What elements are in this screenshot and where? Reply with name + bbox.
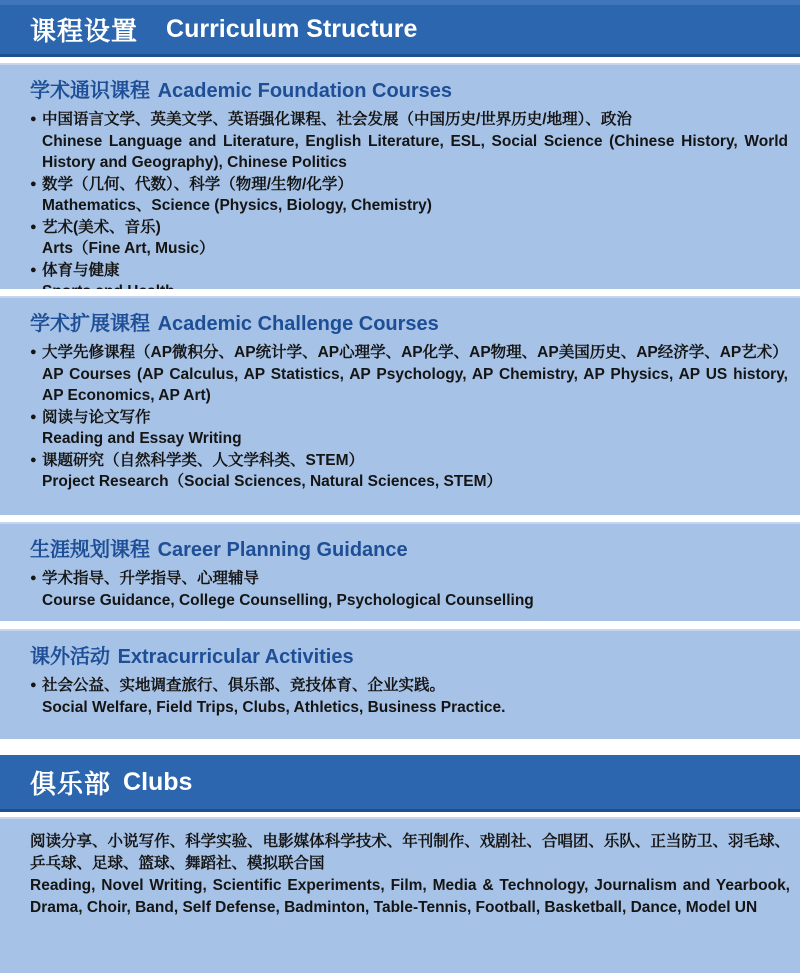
section-heading: 学术通识课程 Academic Foundation Courses — [30, 74, 788, 103]
course-item: ● 学术指导、升学指导、心理辅导 Course Guidance, Colleg… — [30, 568, 788, 611]
course-item: ● 阅读与论文写作 Reading and Essay Writing — [30, 407, 788, 450]
bullet-icon: ● — [30, 450, 37, 472]
course-item-zh-line: ● 体育与健康 — [30, 260, 788, 282]
section-career-planning: 生涯规划课程 Career Planning Guidance ● 学术指导、升… — [0, 522, 800, 621]
course-item-en: Chinese Language and Literature, English… — [30, 131, 788, 174]
course-item-zh: 课题研究（自然科学类、人文学科类、STEM） — [42, 452, 364, 469]
clubs-title-zh: 俱乐部 — [30, 764, 111, 801]
course-item-zh: 社会公益、实地调查旅行、俱乐部、竞技体育、企业实践。 — [42, 677, 445, 694]
course-item: ● 艺术(美术、音乐) Arts（Fine Art, Music） — [30, 217, 788, 260]
section-heading: 生涯规划课程 Career Planning Guidance — [30, 533, 788, 562]
clubs-title-en: Clubs — [123, 768, 192, 797]
clubs-list-en: Reading, Novel Writing, Scientific Exper… — [30, 875, 790, 919]
section-heading-en: Academic Challenge Courses — [158, 313, 439, 335]
bullet-icon: ● — [30, 260, 37, 282]
course-item-zh-line: ● 大学先修课程（AP微积分、AP统计学、AP心理学、AP化学、AP物理、AP美… — [30, 342, 788, 364]
curriculum-header-bar: 课程设置 Curriculum Structure — [0, 0, 800, 57]
course-item-en: Course Guidance, College Counselling, Ps… — [30, 590, 788, 612]
course-item-zh: 阅读与论文写作 — [42, 409, 151, 426]
course-item-en: Sports and Health — [30, 281, 788, 289]
course-item-en: Reading and Essay Writing — [30, 428, 788, 450]
header-title-zh: 课程设置 — [30, 11, 138, 48]
section-heading: 课外活动 Extracurricular Activities — [30, 640, 788, 669]
section-heading: 学术扩展课程 Academic Challenge Courses — [30, 307, 788, 336]
bullet-icon: ● — [30, 568, 37, 590]
course-item-zh: 中国语言文学、英美文学、英语强化课程、社会发展（中国历史/世界历史/地理）、政治 — [42, 111, 632, 128]
course-item-en: Arts（Fine Art, Music） — [30, 238, 788, 260]
bullet-icon: ● — [30, 174, 37, 196]
bullet-icon: ● — [30, 217, 37, 239]
clubs-header-bar: 俱乐部 Clubs — [0, 755, 800, 812]
section-extracurricular: 课外活动 Extracurricular Activities ● 社会公益、实… — [0, 629, 800, 739]
course-item: ● 中国语言文学、英美文学、英语强化课程、社会发展（中国历史/世界历史/地理）、… — [30, 109, 788, 174]
clubs-list-zh: 阅读分享、小说写作、科学实验、电影媒体科学技术、年刊制作、戏剧社、合唱团、乐队、… — [30, 831, 790, 875]
clubs-panel: 阅读分享、小说写作、科学实验、电影媒体科学技术、年刊制作、戏剧社、合唱团、乐队、… — [0, 817, 800, 973]
course-item-en: AP Courses (AP Calculus, AP Statistics, … — [30, 364, 788, 407]
section-academic-foundation: 学术通识课程 Academic Foundation Courses ● 中国语… — [0, 63, 800, 289]
course-item-zh-line: ● 学术指导、升学指导、心理辅导 — [30, 568, 788, 590]
section-heading-zh: 课外活动 — [30, 646, 110, 668]
course-item-en: Project Research（Social Sciences, Natura… — [30, 471, 788, 493]
course-item: ● 大学先修课程（AP微积分、AP统计学、AP心理学、AP化学、AP物理、AP美… — [30, 342, 788, 407]
course-item-zh-line: ● 课题研究（自然科学类、人文学科类、STEM） — [30, 450, 788, 472]
section-heading-en: Academic Foundation Courses — [158, 80, 453, 102]
course-item: ● 数学（几何、代数）、科学（物理/生物/化学） Mathematics、Sci… — [30, 174, 788, 217]
section-academic-challenge: 学术扩展课程 Academic Challenge Courses ● 大学先修… — [0, 296, 800, 515]
course-item-zh-line: ● 中国语言文学、英美文学、英语强化课程、社会发展（中国历史/世界历史/地理）、… — [30, 109, 788, 131]
curriculum-poster: 课程设置 Curriculum Structure 学术通识课程 Academi… — [0, 0, 800, 973]
course-item-zh: 艺术(美术、音乐) — [42, 219, 161, 236]
section-heading-zh: 学术通识课程 — [30, 80, 150, 102]
course-item-zh-line: ● 阅读与论文写作 — [30, 407, 788, 429]
bullet-icon: ● — [30, 109, 37, 131]
course-item: ● 社会公益、实地调查旅行、俱乐部、竞技体育、企业实践。 Social Welf… — [30, 675, 788, 718]
course-item-zh: 学术指导、升学指导、心理辅导 — [42, 570, 259, 587]
bullet-icon: ● — [30, 407, 37, 429]
section-heading-zh: 学术扩展课程 — [30, 313, 150, 335]
section-heading-zh: 生涯规划课程 — [30, 539, 150, 561]
section-heading-en: Extracurricular Activities — [118, 646, 354, 668]
course-item-zh-line: ● 艺术(美术、音乐) — [30, 217, 788, 239]
header-title-en: Curriculum Structure — [166, 15, 417, 44]
course-item-zh: 大学先修课程（AP微积分、AP统计学、AP心理学、AP化学、AP物理、AP美国历… — [42, 344, 788, 361]
course-item-zh-line: ● 数学（几何、代数）、科学（物理/生物/化学） — [30, 174, 788, 196]
section-heading-en: Career Planning Guidance — [158, 539, 408, 561]
bullet-icon: ● — [30, 675, 37, 697]
course-item-en: Mathematics、Science (Physics, Biology, C… — [30, 195, 788, 217]
course-item-zh: 体育与健康 — [42, 262, 120, 279]
course-item-en: Social Welfare, Field Trips, Clubs, Athl… — [30, 697, 788, 719]
course-item: ● 课题研究（自然科学类、人文学科类、STEM） Project Researc… — [30, 450, 788, 493]
course-item-zh: 数学（几何、代数）、科学（物理/生物/化学） — [42, 176, 353, 193]
course-item: ● 体育与健康 Sports and Health — [30, 260, 788, 290]
bullet-icon: ● — [30, 342, 37, 364]
course-item-zh-line: ● 社会公益、实地调查旅行、俱乐部、竞技体育、企业实践。 — [30, 675, 788, 697]
